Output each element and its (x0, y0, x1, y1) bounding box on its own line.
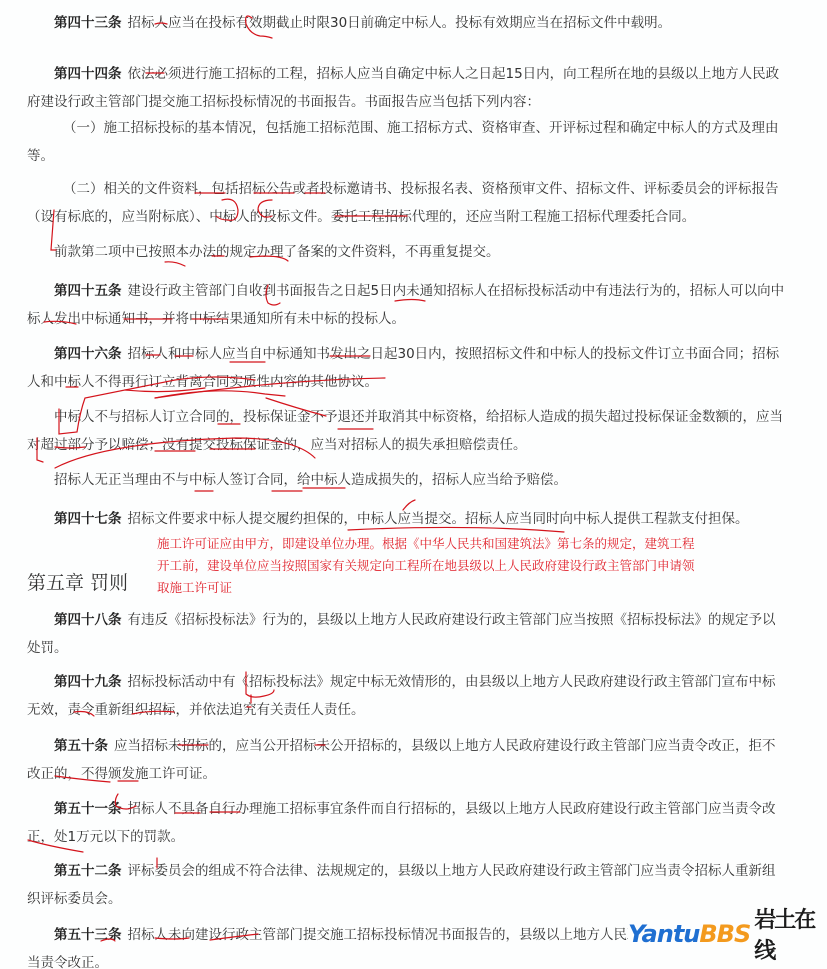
article-title: 第五十二条 (54, 863, 122, 879)
article-46-para-2: 中标人不与招标人订立合同的，投标保证金不予退还并取消其中标资格，给招标人造成的损… (27, 403, 787, 459)
article-text: 招标人和中标人应当自中标通知书发出之日起30日内，按照招标文件和中标人的投标文件… (27, 346, 779, 390)
article-43: 第四十三条招标人应当在投标有效期截止时限30日前确定中标人。投标有效期应当在招标… (27, 9, 787, 37)
article-text: 招标人应当在投标有效期截止时限30日前确定中标人。投标有效期应当在招标文件中载明… (128, 15, 672, 31)
article-45: 第四十五条建设行政主管部门自收到书面报告之日起5日内未通知招标人在招标投标活动中… (27, 277, 787, 333)
article-title: 第五十三条 (54, 927, 122, 943)
article-title: 第四十九条 (54, 674, 122, 690)
article-title: 第四十七条 (54, 511, 122, 527)
article-title: 第四十八条 (54, 612, 122, 628)
document-page: 第四十三条招标人应当在投标有效期截止时限30日前确定中标人。投标有效期应当在招标… (0, 0, 827, 969)
article-52: 第五十二条评标委员会的组成不符合法律、法规规定的，县级以上地方人民政府建设行政主… (27, 857, 787, 913)
article-44: 第四十四条依法必须进行施工招标的工程，招标人应当自确定中标人之日起15日内，向工… (27, 60, 787, 116)
chapter-heading: 第五章 罚则 (27, 568, 128, 595)
watermark-bbs: BBS (699, 920, 750, 948)
article-title: 第四十四条 (54, 66, 122, 82)
article-text: 招标文件要求中标人提交履约担保的，中标人应当提交。招标人应当同时向中标人提供工程… (128, 511, 749, 527)
watermark-logo: Yantu BBS 岩土在线 (628, 917, 827, 951)
article-text: （二）相关的文件资料，包括招标公告或者投标邀请书、投标报名表、资格预审文件、招标… (27, 181, 779, 225)
article-title: 第五十一条 (54, 801, 122, 817)
article-text: 建设行政主管部门自收到书面报告之日起5日内未通知招标人在招标投标活动中有违法行为… (27, 283, 784, 327)
article-44-note: 前款第二项中已按照本办法的规定办理了备案的文件资料，不再重复提交。 (27, 238, 787, 266)
article-title: 第四十六条 (54, 346, 122, 362)
article-46: 第四十六条招标人和中标人应当自中标通知书发出之日起30日内，按照招标文件和中标人… (27, 340, 787, 396)
article-46-para-3: 招标人无正当理由不与中标人签订合同，给中标人造成损失的，招标人应当给予赔偿。 (27, 466, 787, 494)
watermark-yantu: Yantu (628, 920, 699, 948)
article-title: 第四十五条 (54, 283, 122, 299)
article-51: 第五十一条招标人不具备自行办理施工招标事宜条件而自行招标的，县级以上地方人民政府… (27, 795, 787, 851)
article-48: 第四十八条有违反《招标投标法》行为的，县级以上地方人民政府建设行政主管部门应当按… (27, 606, 787, 662)
article-44-item-2: （二）相关的文件资料，包括招标公告或者投标邀请书、投标报名表、资格预审文件、招标… (27, 175, 787, 231)
article-text: 招标投标活动中有《招标投标法》规定中标无效情形的，由县级以上地方人民政府建设行政… (27, 674, 776, 718)
article-title: 第四十三条 (54, 15, 122, 31)
article-text: 依法必须进行施工招标的工程，招标人应当自确定中标人之日起15日内，向工程所在地的… (27, 66, 779, 110)
article-49: 第四十九条招标投标活动中有《招标投标法》规定中标无效情形的，由县级以上地方人民政… (27, 668, 787, 724)
handwritten-annotation: 施工许可证应由甲方，即建设单位办理。根据《中华人民共和国建筑法》第七条的规定，建… (157, 533, 697, 599)
article-title: 第五十条 (54, 738, 108, 754)
article-text: 评标委员会的组成不符合法律、法规规定的，县级以上地方人民政府建设行政主管部门应当… (27, 863, 776, 907)
article-50: 第五十条应当招标未招标的，应当公开招标未公开招标的，县级以上地方人民政府建设行政… (27, 732, 787, 788)
article-text: 应当招标未招标的，应当公开招标未公开招标的，县级以上地方人民政府建设行政主管部门… (27, 738, 776, 782)
watermark-cn: 岩土在线 (754, 903, 827, 965)
article-text: 招标人无正当理由不与中标人签订合同，给中标人造成损失的，招标人应当给予赔偿。 (54, 472, 567, 488)
article-text: （一）施工招标投标的基本情况，包括施工招标范围、施工招标方式、资格审查、开评标过… (27, 120, 779, 164)
article-44-item-1: （一）施工招标投标的基本情况，包括施工招标范围、施工招标方式、资格审查、开评标过… (27, 114, 787, 170)
article-47: 第四十七条招标文件要求中标人提交履约担保的，中标人应当提交。招标人应当同时向中标… (27, 505, 757, 533)
article-text: 前款第二项中已按照本办法的规定办理了备案的文件资料，不再重复提交。 (54, 244, 500, 260)
article-text: 中标人不与招标人订立合同的，投标保证金不予退还并取消其中标资格，给招标人造成的损… (27, 409, 783, 453)
article-text: 有违反《招标投标法》行为的，县级以上地方人民政府建设行政主管部门应当按照《招标投… (27, 612, 776, 656)
article-text: 招标人不具备自行办理施工招标事宜条件而自行招标的，县级以上地方人民政府建设行政主… (27, 801, 776, 845)
